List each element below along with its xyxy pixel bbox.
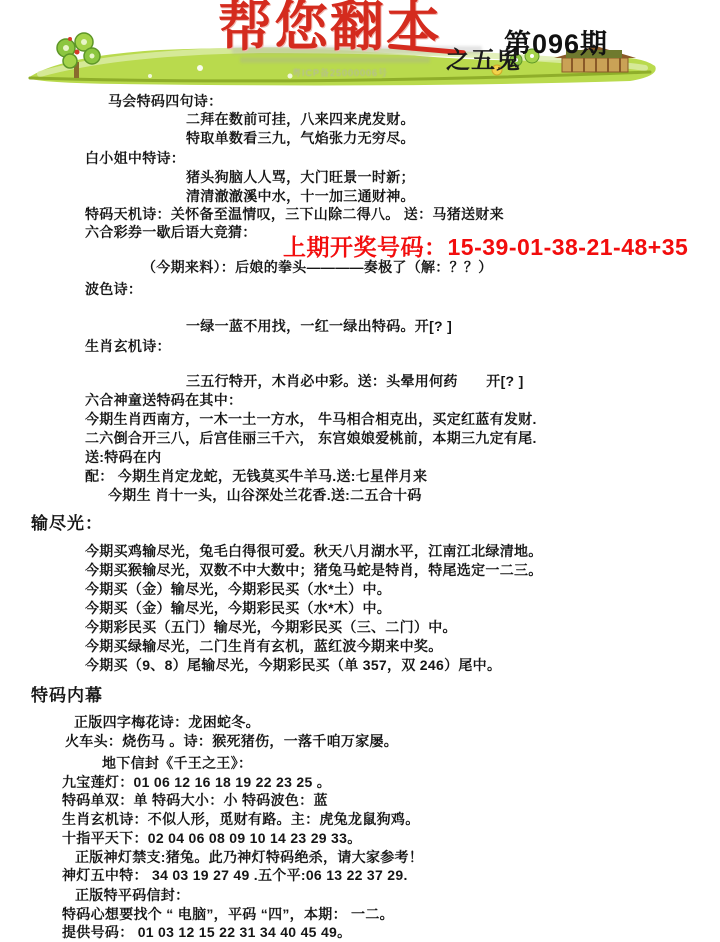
lottery-tip-sheet-page: 帮您翻本 之五鬼 第096期 粤ICP备25000006号 马会特码四句诗： 二… bbox=[0, 0, 720, 942]
shujinguang-line: 今期买绿输尽光，二门生肖有玄机，蓝红波今期来中奖。 bbox=[85, 638, 443, 654]
shujinguang-section-head: 输尽光： bbox=[31, 514, 103, 534]
line-baixiaojie-1: 猪头狗脑人人骂，大门旺景一时新； bbox=[186, 169, 415, 185]
watermark-smudge bbox=[240, 57, 430, 63]
neimu-shendeng-jin: 正版神灯禁支:猪兔。此乃神灯特码绝杀，请大家参考！ bbox=[75, 849, 423, 865]
neimu-tigonghaoma: 提供号码： 01 03 12 15 22 31 34 40 45 49。 bbox=[62, 924, 351, 940]
shujinguang-line: 今期买鸡输尽光，兔毛白得很可爱。秋天八月湖水平，江南江北绿清地。 bbox=[85, 543, 543, 559]
neimu-shizhi: 十指平天下：02 04 06 08 09 10 14 23 29 33。 bbox=[62, 830, 362, 846]
line-lailiao: （今期来料）：后娘的拳头————奏极了（解：？？） bbox=[142, 259, 493, 275]
shujinguang-line: 今期买（金）输尽光，今期彩民买（水*土）中。 bbox=[85, 581, 391, 597]
shujinguang-line: 今期彩民买（五门）输尽光，今期彩民买（三、二门）中。 bbox=[85, 619, 457, 635]
icp-watermark: 粤ICP备25000006号 bbox=[292, 66, 388, 79]
neimu-tepingma-head: 正版特平码信封： bbox=[75, 887, 189, 903]
line-macau-poem-head: 马会特码四句诗： bbox=[108, 93, 222, 109]
line-quiz-head: 六合彩券一歇后语大竞猜： bbox=[85, 224, 257, 240]
neimu-shendeng-wuzhongte: 神灯五中特： 34 03 19 27 49 .五个平:06 13 22 37 2… bbox=[62, 867, 408, 883]
line-pei-2: 今期生 肖十一头，山谷深处兰花香.送:二五合十码 bbox=[108, 487, 422, 503]
neimu-huochetou: 火车头：烧伤马 。诗：猴死猪伤，一落千咱万家屡。 bbox=[65, 733, 398, 749]
line-pei-1: 配： 今期生肖定龙蛇，无钱莫买牛羊马.送:七星伴月来 bbox=[85, 468, 427, 484]
neimu-section-head: 特码内幕 bbox=[31, 686, 103, 706]
neimu-jiubaoliandeng: 九宝莲灯：01 06 12 16 18 19 22 23 25 。 bbox=[62, 774, 331, 790]
line-shentong-head: 六合神童送特码在其中： bbox=[85, 392, 242, 408]
last-draw-numbers: 上期开奖号码：15-39-01-38-21-48+35 bbox=[283, 234, 688, 260]
line-macau-poem-1: 二拜在数前可挂，八来四来虎发财。 bbox=[186, 111, 415, 127]
line-baixiaojie-head: 白小姐中特诗： bbox=[85, 150, 185, 166]
line-bose-head: 波色诗： bbox=[85, 281, 142, 297]
line-shentong-2: 二六倒合开三八，后宫佳丽三千六， 东宫娘娘爱桃前，本期三九定有尾. bbox=[85, 430, 537, 446]
shujinguang-line: 今期买（金）输尽光，今期彩民买（水*木）中。 bbox=[85, 600, 391, 616]
line-baixiaojie-2: 清清澈澈溪中水，十一加三通财神。 bbox=[186, 188, 415, 204]
neimu-shengxiao: 生肖玄机诗：不似人形，觅财有路。主：虎兔龙鼠狗鸡。 bbox=[62, 811, 420, 827]
shujinguang-line: 今期买猴输尽光，双数不中大数中；猪兔马蛇是特肖，特尾选定一二三。 bbox=[85, 562, 543, 578]
neimu-meihua-poem: 正版四字梅花诗：龙困蛇冬。 bbox=[74, 714, 260, 730]
line-shentong-1: 今期生肖西南方，一木一土一方水， 牛马相合相克出，买定红蓝有发财. bbox=[85, 411, 537, 427]
neimu-texinxiang: 特码心想要找个 “ 电脑”，平码 “四”，本期： 一二。 bbox=[62, 906, 394, 922]
neimu-danshuang: 特码单双：单 特码大小：小 特码波色：蓝 bbox=[62, 792, 328, 808]
line-shengxiao-head: 生肖玄机诗： bbox=[85, 338, 171, 354]
neimu-dixia-xinfeng: 地下信封《千王之王》： bbox=[102, 755, 252, 771]
line-macau-poem-2: 特取单数看三九，气焰张力无穷尽。 bbox=[186, 130, 415, 146]
line-shentong-3: 送:特码在内 bbox=[85, 449, 161, 465]
line-shengxiao-poem: 三五行特开，木肖必中彩。送：头晕用何药 开[? ] bbox=[186, 373, 524, 389]
line-bose-poem: 一绿一蓝不用找，一红一绿出特码。开[? ] bbox=[186, 318, 452, 334]
line-tianji-poem: 特码天机诗：关怀备至温情叹，三下山除二得八。 送：马猪送财来 bbox=[85, 206, 504, 222]
issue-number: 第096期 bbox=[504, 22, 608, 61]
shujinguang-line: 今期买（9、8）尾输尽光，今期彩民买（单 357，双 246）尾中。 bbox=[85, 657, 501, 673]
